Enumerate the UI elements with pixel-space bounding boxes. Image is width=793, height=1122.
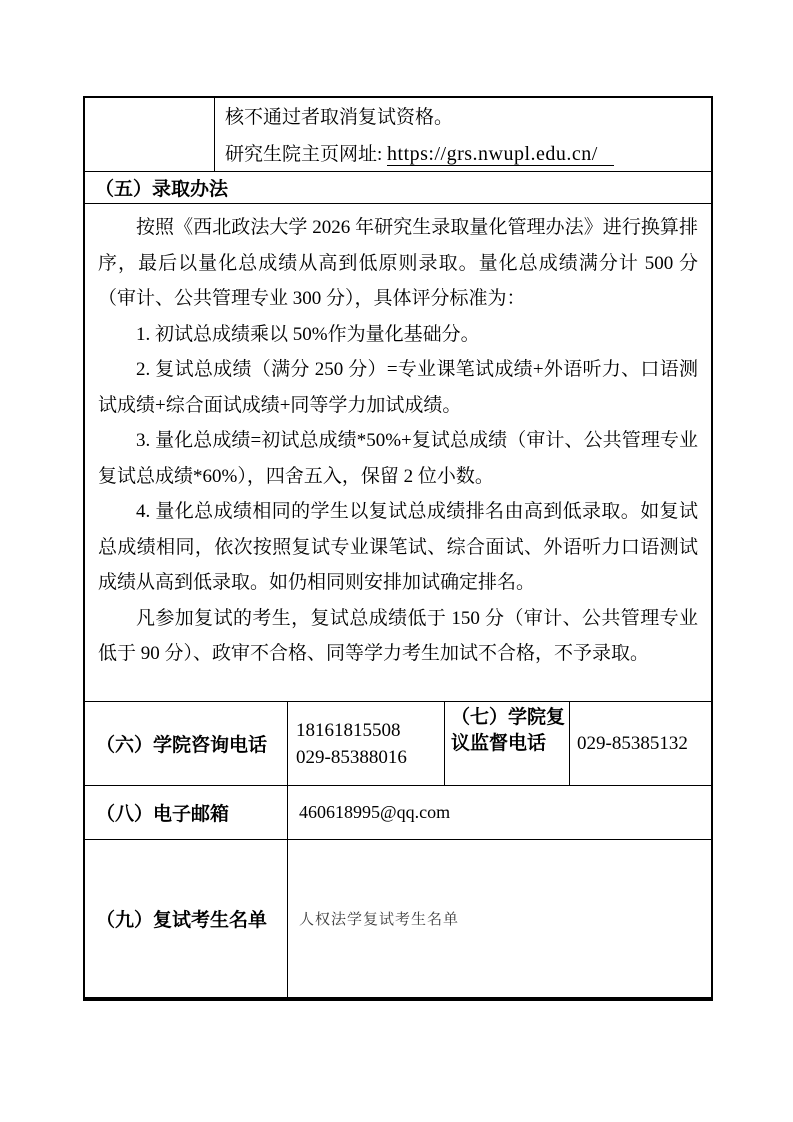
candidate-list-label: （九）复试考生名单 [85,840,288,997]
continuation-content-cell: 核不通过者取消复试资格。 研究生院主页网址: https://grs.nwupl… [215,98,711,171]
table-row-continuation: 核不通过者取消复试资格。 研究生院主页网址: https://grs.nwupl… [85,98,711,172]
supervision-phone-label: （七）学院复议监督电话 [445,702,570,785]
supervision-phone-value: 029-85385132 [570,702,711,785]
admission-paragraph: 凡参加复试的考生，复试总成绩低于 150 分（审计、公共管理专业低于 90 分）… [98,601,698,672]
admission-paragraph: 3. 量化总成绩=初试总成绩*50%+复试总成绩（审计、公共管理专业复试总成绩*… [98,423,698,494]
table-row-email: （八）电子邮箱 460618995@qq.com [85,786,711,840]
homepage-url-link[interactable]: https://grs.nwupl.edu.cn/ [387,143,614,166]
admission-header-label: （五）录取办法 [85,174,711,201]
audit-note-text: 核不通过者取消复试资格。 [225,100,705,136]
document-page: { "colors": { "border": "#000000", "text… [0,0,793,1122]
table-row-contact-phones: （六）学院咨询电话 18161815508 029-85388016 （七）学院… [85,702,711,786]
consult-phone-values: 18161815508 029-85388016 [288,702,445,785]
admission-paragraph: 2. 复试总成绩（满分 250 分）=专业课笔试成绩+外语听力、口语测试成绩+综… [98,352,698,423]
email-address: 460618995@qq.com [288,786,711,839]
consult-phone-1: 18161815508 [296,717,444,744]
homepage-label: 研究生院主页网址: [225,144,387,165]
candidate-list-link[interactable]: 人权法学复试考生名单 [288,840,711,997]
admissions-table: 核不通过者取消复试资格。 研究生院主页网址: https://grs.nwupl… [83,96,713,1001]
email-label: （八）电子邮箱 [85,786,288,839]
admission-paragraph: 按照《西北政法大学 2026 年研究生录取量化管理办法》进行换算排序，最后以量化… [98,210,698,317]
admission-paragraph: 1. 初试总成绩乘以 50%作为量化基础分。 [98,317,698,353]
table-row-admission-body: 按照《西北政法大学 2026 年研究生录取量化管理办法》进行换算排序，最后以量化… [85,204,711,702]
consult-phone-label: （六）学院咨询电话 [85,702,288,785]
table-row-admission-header: （五）录取办法 [85,172,711,204]
admission-body-cell: 按照《西北政法大学 2026 年研究生录取量化管理办法》进行换算排序，最后以量化… [85,204,711,701]
continuation-empty-label-cell [85,98,215,171]
table-row-candidate-list: （九）复试考生名单 人权法学复试考生名单 [85,840,711,997]
admission-paragraph: 4. 量化总成绩相同的学生以复试总成绩排名由高到低录取。如复试总成绩相同，依次按… [98,494,698,601]
homepage-line: 研究生院主页网址: https://grs.nwupl.edu.cn/ [225,136,705,171]
consult-phone-2: 029-85388016 [296,744,444,771]
